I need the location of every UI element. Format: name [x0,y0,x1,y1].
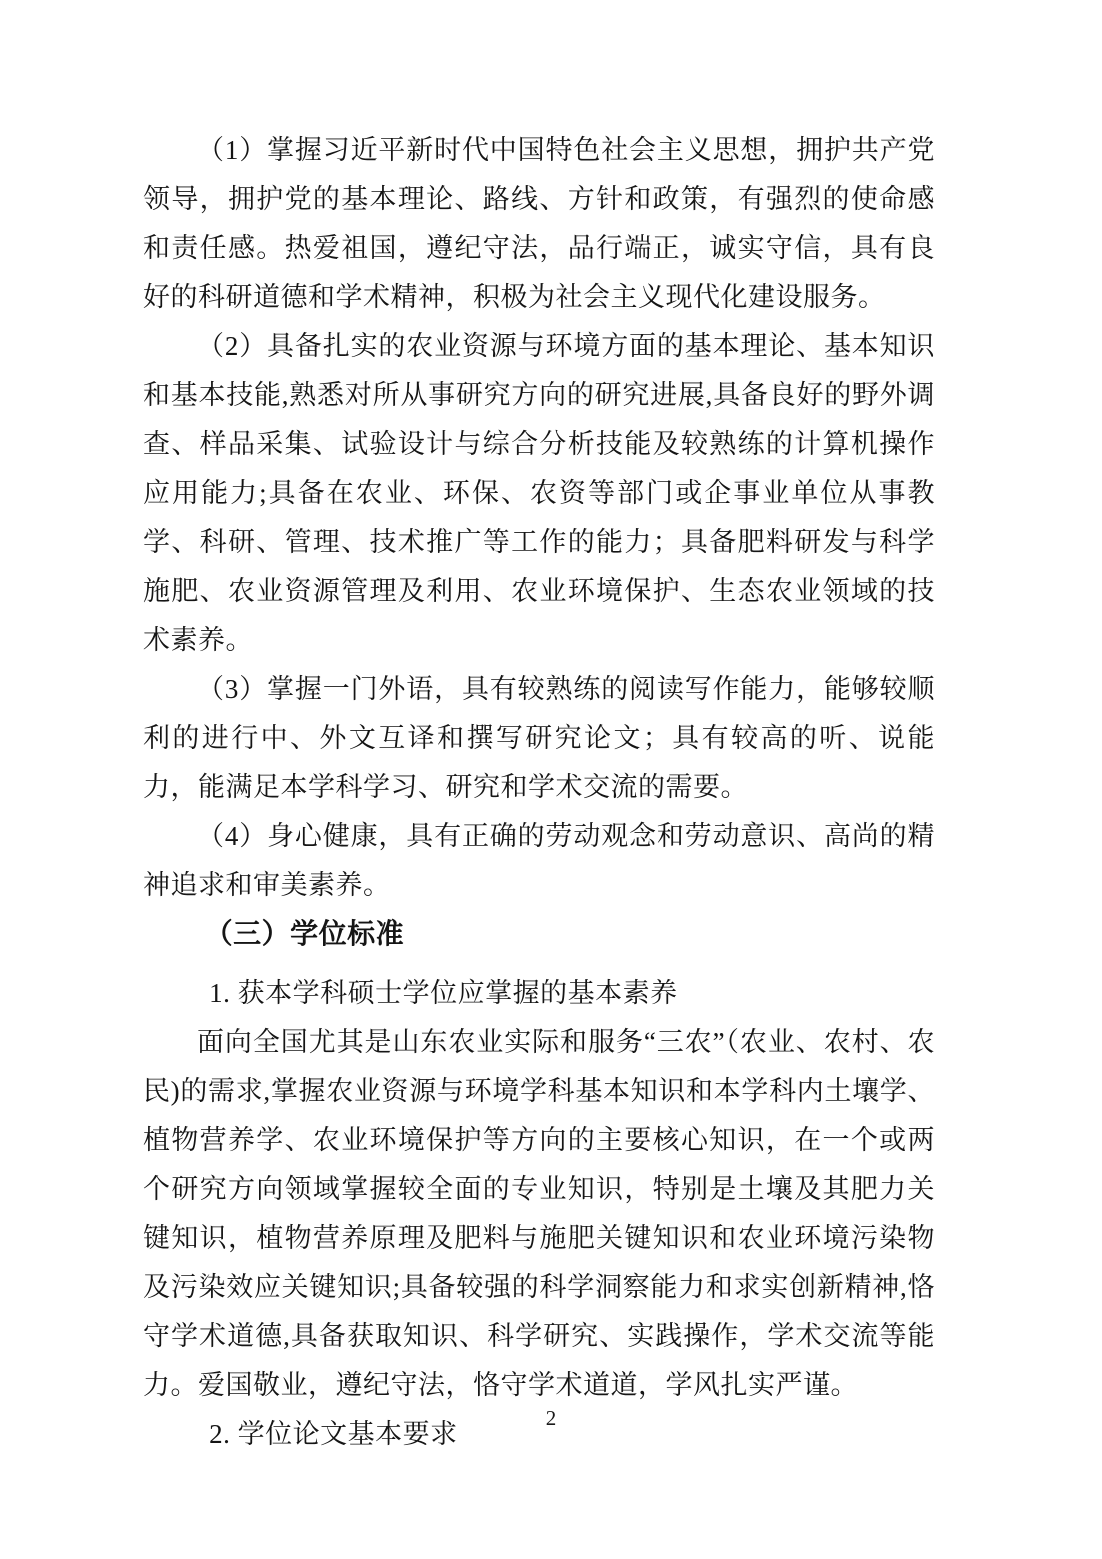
section-heading-degree-standard: （三）学位标准 [143,910,935,959]
paragraph-political-quality: （1）掌握习近平新时代中国特色社会主义思想，拥护共产党领导，拥护党的基本理论、路… [143,126,935,322]
paragraph-health: （4）身心健康，具有正确的劳动观念和劳动意识、高尚的精神追求和审美素养。 [143,812,935,910]
document-page: （1）掌握习近平新时代中国特色社会主义思想，拥护共产党领导，拥护党的基本理论、路… [0,0,1102,1559]
paragraph-professional-quality: （2）具备扎实的农业资源与环境方面的基本理论、基本知识和基本技能,熟悉对所从事研… [143,322,935,665]
page-number: 2 [0,1403,1102,1433]
list-item-basic-quality: 1. 获本学科硕士学位应掌握的基本素养 [143,969,935,1018]
document-content: （1）掌握习近平新时代中国特色社会主义思想，拥护共产党领导，拥护党的基本理论、路… [143,126,935,1459]
paragraph-basic-quality-detail: 面向全国尤其是山东农业实际和服务“三农”（农业、农村、农民)的需求,掌握农业资源… [143,1018,935,1410]
paragraph-foreign-language: （3）掌握一门外语，具有较熟练的阅读写作能力，能够较顺利的进行中、外文互译和撰写… [143,665,935,812]
